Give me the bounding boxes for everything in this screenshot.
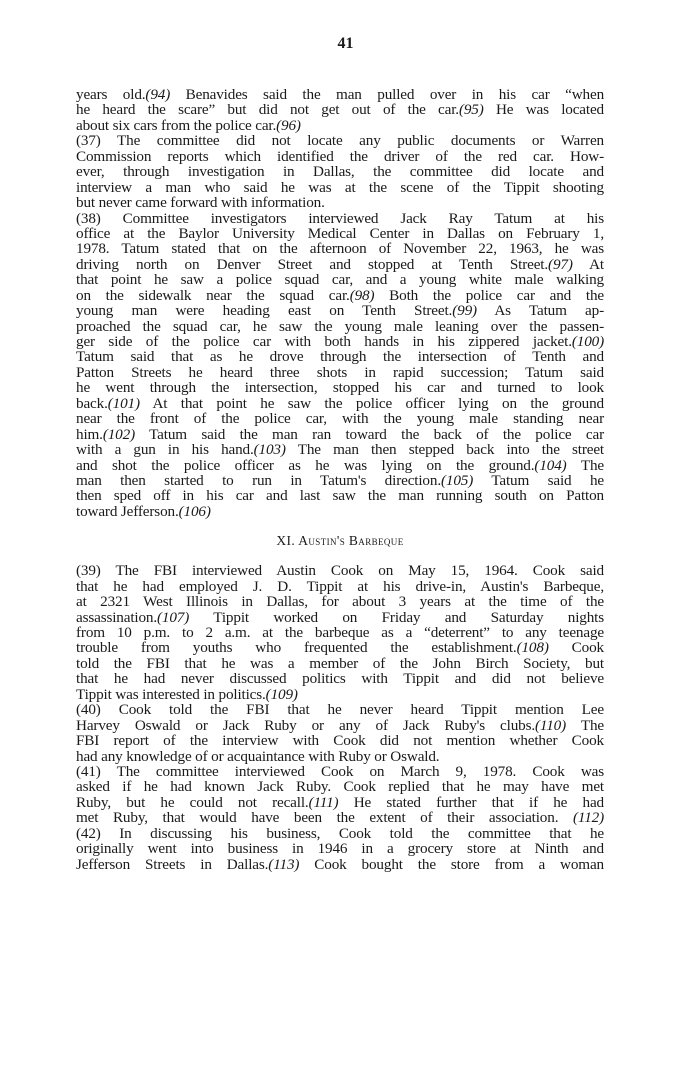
text-line: Tippit was interested in politics.(109) xyxy=(76,687,604,702)
footnote-ref: (107) xyxy=(157,609,189,626)
text-line: interview a man who said he was at the s… xyxy=(76,180,604,195)
footnote-ref: (96) xyxy=(276,117,301,134)
text-line: trouble from youths who frequented the e… xyxy=(76,640,604,655)
text-line: (40) Cook told the FBI that he never hea… xyxy=(76,702,604,717)
text-line: Ruby, but he could not recall.(111) He s… xyxy=(76,795,604,810)
paragraphs-before-heading: years old.(94) Benavides said the man pu… xyxy=(76,87,604,519)
text-line: had any knowledge of or acquaintance wit… xyxy=(76,749,604,764)
text-line: originally went into business in 1946 in… xyxy=(76,841,604,856)
footnote-ref: (98) xyxy=(350,287,375,304)
text-line: assassination.(107) Tippit worked on Fri… xyxy=(76,610,604,625)
paragraphs-after-heading: (39) The FBI interviewed Austin Cook on … xyxy=(76,563,604,872)
footnote-ref: (110) xyxy=(535,717,566,734)
text-line: near the front of the police car, with t… xyxy=(76,411,604,426)
text-line: young man were heading east on Tenth Str… xyxy=(76,303,604,318)
text-line: Jefferson Streets in Dallas.(113) Cook b… xyxy=(76,857,604,872)
footnote-ref: (113) xyxy=(268,856,299,873)
footnote-ref: (97) xyxy=(548,256,573,273)
text-line: that he had employed J. D. Tippit at his… xyxy=(76,579,604,594)
footnote-ref: (99) xyxy=(452,302,477,319)
footnote-ref: (105) xyxy=(441,472,473,489)
text-line: on the sidewalk near the squad car.(98) … xyxy=(76,288,604,303)
text-line: at 2321 West Illinois in Dallas, for abo… xyxy=(76,594,604,609)
text-line: but never came forward with information. xyxy=(76,195,604,210)
footnote-ref: (109) xyxy=(266,686,298,703)
footnote-ref: (101) xyxy=(108,395,140,412)
text-line: Commission reports which identified the … xyxy=(76,149,604,164)
text-line: ever, through investigation in Dallas, t… xyxy=(76,164,604,179)
text-column: years old.(94) Benavides said the man pu… xyxy=(76,87,604,872)
text-line: and shot the police officer as he was ly… xyxy=(76,458,604,473)
footnote-ref: (108) xyxy=(517,639,549,656)
text-line: (38) Committee investigators interviewed… xyxy=(76,211,604,226)
text-line: told the FBI that he was a member of the… xyxy=(76,656,604,671)
text-line: from 10 p.m. to 2 a.m. at the barbeque a… xyxy=(76,625,604,640)
text-line: FBI report of the interview with Cook di… xyxy=(76,733,604,748)
text-line: asked if he had known Jack Ruby. Cook re… xyxy=(76,779,604,794)
text-line: about six cars from the police car.(96) xyxy=(76,118,604,133)
text-line: man then started to run in Tatum's direc… xyxy=(76,473,604,488)
text-line: back.(101) At that point he saw the poli… xyxy=(76,396,604,411)
footnote-ref: (100) xyxy=(572,333,604,350)
text-line: ger side of the police car with both han… xyxy=(76,334,604,349)
text-line: (41) The committee interviewed Cook on M… xyxy=(76,764,604,779)
text-line: Tatum said that as he drove through the … xyxy=(76,349,604,364)
footnote-ref: (112) xyxy=(573,809,604,826)
text-line: Harvey Oswald or Jack Ruby or any of Jac… xyxy=(76,718,604,733)
text-line: Patton Streets he heard three shots in r… xyxy=(76,365,604,380)
text-line: (39) The FBI interviewed Austin Cook on … xyxy=(76,563,604,578)
text-line: him.(102) Tatum said the man ran toward … xyxy=(76,427,604,442)
text-line: with a gun in his hand.(103) The man the… xyxy=(76,442,604,457)
footnote-ref: (95) xyxy=(459,101,484,118)
text-line: years old.(94) Benavides said the man pu… xyxy=(76,87,604,102)
text-line: 1978. Tatum stated that on the afternoon… xyxy=(76,241,604,256)
text-line: that he had never discussed politics wit… xyxy=(76,671,604,686)
text-line: (42) In discussing his business, Cook to… xyxy=(76,826,604,841)
text-line: toward Jefferson.(106) xyxy=(76,504,604,519)
text-line: proached the squad car, he saw the young… xyxy=(76,319,604,334)
text-line: he went through the intersection, stoppe… xyxy=(76,380,604,395)
text-line: then sped off in his car and last saw th… xyxy=(76,488,604,503)
footnote-ref: (106) xyxy=(179,503,211,520)
section-heading: XI. Austin's Barbeque xyxy=(76,533,604,548)
text-line: met Ruby, that would have been the exten… xyxy=(76,810,604,825)
text-line: that point he saw a police squad car, an… xyxy=(76,272,604,287)
text-line: he heard the scare” but did not get out … xyxy=(76,102,604,117)
footnote-ref: (102) xyxy=(103,426,135,443)
page-number: 41 xyxy=(0,35,691,53)
footnote-ref: (94) xyxy=(145,86,170,103)
footnote-ref: (103) xyxy=(254,441,286,458)
text-line: (37) The committee did not locate any pu… xyxy=(76,133,604,148)
text-line: driving north on Denver Street and stopp… xyxy=(76,257,604,272)
footnote-ref: (104) xyxy=(534,457,566,474)
footnote-ref: (111) xyxy=(309,794,339,811)
text-line: office at the Baylor University Medical … xyxy=(76,226,604,241)
